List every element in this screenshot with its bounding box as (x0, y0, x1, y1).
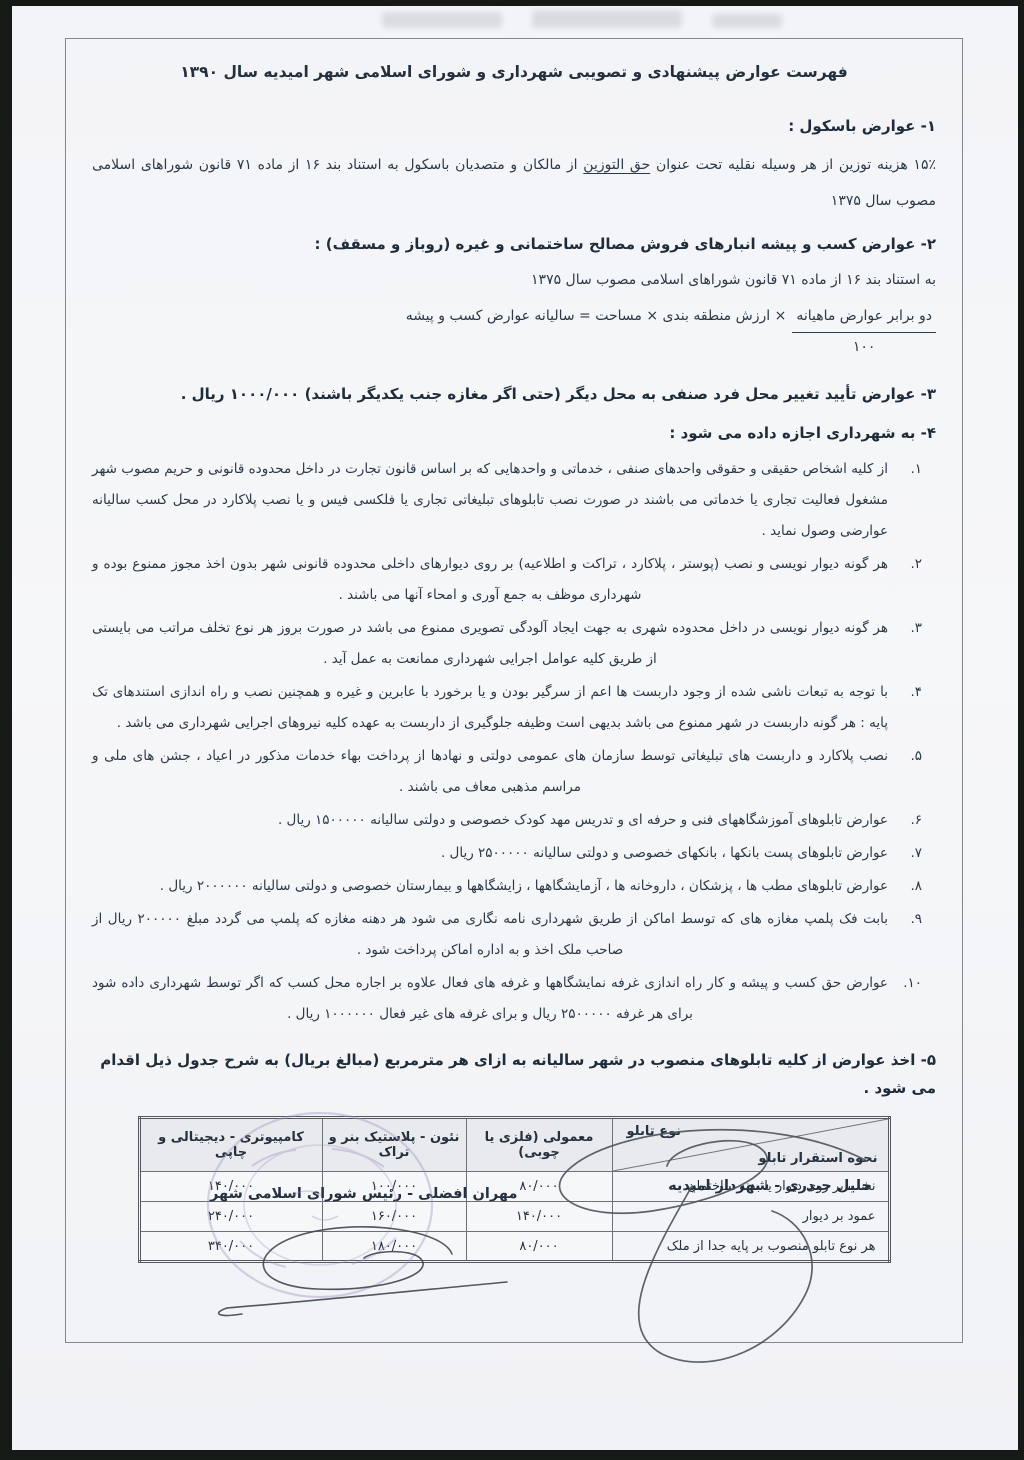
table-row: هر نوع تابلو منصوب بر پایه جدا از ملک ۸۰… (139, 1232, 889, 1262)
list-item: ۱۰. عوارض حق کسب و پیشه و کار راه اندازی… (92, 968, 922, 1030)
item-marker: ۲. (896, 549, 922, 611)
item-text: از کلیه اشخاص حقیقی و حقوقی واحدهای صنفی… (92, 454, 888, 547)
fee-cell: ۱۴۰/۰۰۰ (466, 1202, 612, 1232)
table-header-row: نوع تابلو نحوه استقرار تابلو معمولی (فلز… (139, 1118, 889, 1172)
item-text: هر گونه دیوار نویسی در داخل محدوده شهری … (92, 613, 888, 675)
fraction-numerator: دو برابر عوارض ماهیانه (792, 301, 936, 333)
signature-name-mayor: خلیل حیدری - شهردار امیدیه (668, 1178, 872, 1194)
item-marker: ۸. (896, 871, 922, 902)
item-marker: ۷. (896, 838, 922, 869)
item-text: عوارض حق کسب و پیشه و کار راه اندازی غرف… (92, 968, 888, 1030)
fraction-denominator: ۱۰۰ (853, 333, 876, 360)
section-5-heading: ۵- اخذ عوارض از کلیه تابلوهای منصوب در ش… (92, 1046, 936, 1102)
list-item: ۹. بابت فک پلمپ مغازه های که توسط اماکن … (92, 904, 922, 966)
section-1-heading: ۱- عوارض باسکول : (92, 117, 936, 135)
item-marker: ۴. (896, 677, 922, 739)
item-text: نصب پلاکارد و داربست های تبلیغاتی توسط س… (92, 741, 888, 803)
fee-cell: ۱۸۰/۰۰۰ (322, 1232, 466, 1262)
item-marker: ۱۰. (896, 968, 922, 1030)
section-4-heading: ۴- به شهرداری اجازه داده می شود : (92, 424, 936, 442)
list-item: ۵. نصب پلاکارد و داربست های تبلیغاتی توس… (92, 741, 922, 803)
section-2-heading: ۲- عوارض کسب و پیشه انبارهای فروش مصالح … (92, 235, 936, 253)
table-corner-cell: نوع تابلو نحوه استقرار تابلو (612, 1118, 889, 1172)
section-3-heading: ۳- عوارض تأیید تغییر محل فرد صنفی به محل… (92, 380, 936, 408)
list-item: ۳. هر گونه دیوار نویسی در داخل محدوده شه… (92, 613, 922, 675)
content-frame: فهرست عوارض پیشنهادی و تصویبی شهرداری و … (65, 38, 963, 1343)
install-method-label: نحوه استقرار تابلو (758, 1151, 877, 1166)
item-marker: ۵. (896, 741, 922, 803)
scanned-page: فهرست عوارض پیشنهادی و تصویبی شهرداری و … (12, 6, 1018, 1450)
item-text: بابت فک پلمپ مغازه های که توسط اماکن از … (92, 904, 888, 966)
row-label: عمود بر دیوار (612, 1202, 889, 1232)
item-text: عوارض تابلوهای آموزشگاههای فنی و حرفه ای… (92, 805, 888, 836)
formula-fraction: دو برابر عوارض ماهیانه ۱۰۰ (792, 301, 936, 360)
item-text: عوارض تابلوهای مطب ها ، پزشکان ، داروخان… (92, 871, 888, 902)
scan-smudge (382, 12, 502, 28)
table-row: عمود بر دیوار ۱۴۰/۰۰۰ ۱۶۰/۰۰۰ ۲۴۰/۰۰۰ (139, 1202, 889, 1232)
column-header-neon: نئون - پلاستیک بنر و تراک (322, 1118, 466, 1172)
item-text: عوارض تابلوهای پست بانکها ، بانکهای خصوص… (92, 838, 888, 869)
row-label: هر نوع تابلو منصوب بر پایه جدا از ملک (612, 1232, 889, 1262)
statute-reference-line: به استناد بند ۱۶ از ماده ۷۱ قانون شوراها… (92, 263, 936, 297)
fee-cell: ۱۶۰/۰۰۰ (322, 1202, 466, 1232)
fee-cell: ۳۴۰/۰۰۰ (139, 1232, 322, 1262)
item-text: هر گونه دیوار نویسی و نصب (پوستر ، پلاکا… (92, 549, 888, 611)
fee-cell: ۲۴۰/۰۰۰ (139, 1202, 322, 1232)
list-item: ۲. هر گونه دیوار نویسی و نصب (پوستر ، پل… (92, 549, 922, 611)
formula-expression: × ارزش منطقه بندی × مساحت = سالیانه عوار… (406, 301, 787, 331)
item-marker: ۳. (896, 613, 922, 675)
list-item: ۷. عوارض تابلوهای پست بانکها ، بانکهای خ… (92, 838, 922, 869)
underlined-term: حق التوزین (583, 157, 650, 173)
column-header-normal: معمولی (فلزی یا چوبی) (466, 1118, 612, 1172)
document-title: فهرست عوارض پیشنهادی و تصویبی شهرداری و … (92, 63, 936, 81)
item-text: با توجه به تبعات ناشی شده از وجود داربست… (92, 677, 888, 739)
tariff-list: ۱. از کلیه اشخاص حقیقی و حقوقی واحدهای ص… (92, 454, 936, 1030)
section-1-text-pre: ۱۵٪ هزینه توزین از هر وسیله نقلیه تحت عن… (650, 157, 936, 173)
item-marker: ۱. (896, 454, 922, 547)
column-header-computer: کامپیوتری - دیجیتالی و چاپی (139, 1118, 322, 1172)
list-item: ۶. عوارض تابلوهای آموزشگاههای فنی و حرفه… (92, 805, 922, 836)
document-body: فهرست عوارض پیشنهادی و تصویبی شهرداری و … (66, 39, 962, 1263)
sign-type-label: نوع تابلو (627, 1124, 682, 1139)
list-item: ۱. از کلیه اشخاص حقیقی و حقوقی واحدهای ص… (92, 454, 922, 547)
scan-smudge (712, 14, 782, 28)
fee-cell: ۸۰/۰۰۰ (466, 1232, 612, 1262)
item-marker: ۶. (896, 805, 922, 836)
list-item: ۴. با توجه به تبعات ناشی شده از وجود دار… (92, 677, 922, 739)
fee-formula: دو برابر عوارض ماهیانه ۱۰۰ × ارزش منطقه … (92, 301, 936, 360)
scanner-background: { "page": { "title": "فهرست عوارض پیشنها… (0, 0, 1024, 1460)
signature-name-council-chief: مهران افضلی - رئیس شورای اسلامی شهر (210, 1186, 517, 1202)
section-1-paragraph: ۱۵٪ هزینه توزین از هر وسیله نقلیه تحت عن… (92, 147, 936, 219)
item-marker: ۹. (896, 904, 922, 966)
list-item: ۸. عوارض تابلوهای مطب ها ، پزشکان ، دارو… (92, 871, 922, 902)
scan-smudge (532, 10, 682, 28)
